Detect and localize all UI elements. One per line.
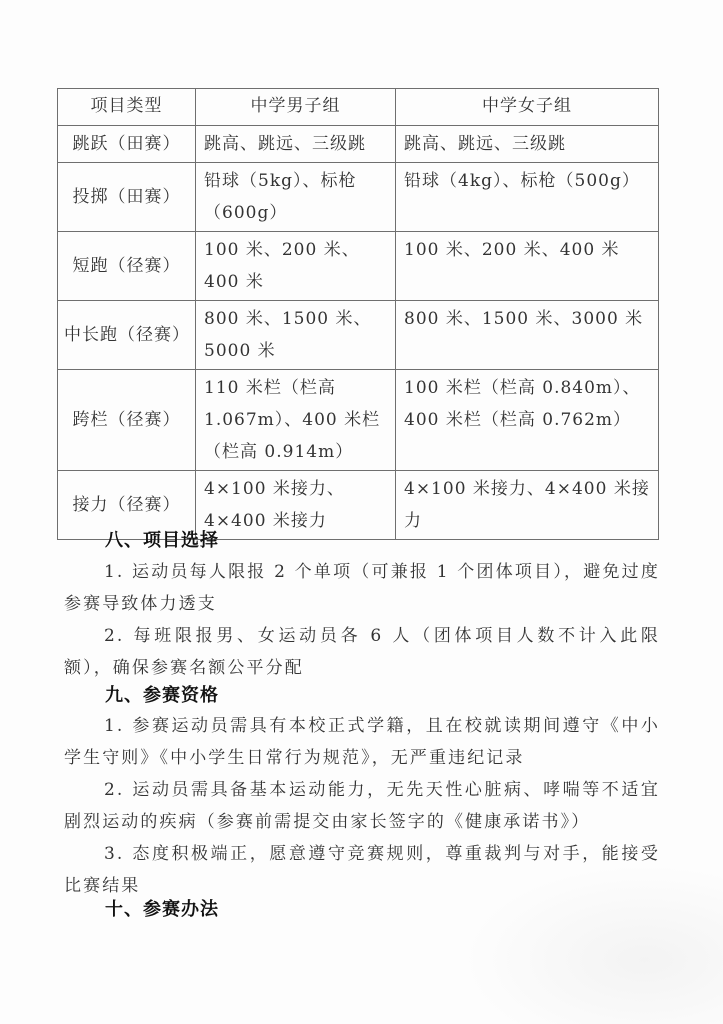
boys-events-cell: 4×100 米接力、4×400 米接力 — [196, 471, 396, 540]
boys-events-cell: 铅球（5kg）、标枪（600g） — [196, 163, 396, 232]
header-boys-group: 中学男子组 — [196, 89, 396, 126]
girls-events-cell: 4×100 米接力、4×400 米接力 — [396, 471, 659, 540]
boys-events-cell: 100 米、200 米、400 米 — [196, 232, 396, 301]
boys-events-cell: 跳高、跳远、三级跳 — [196, 126, 396, 163]
event-type-cell: 跳跃（田赛） — [58, 126, 196, 163]
eligibility-item-3: 3. 态度积极端正，愿意遵守竞赛规则，尊重裁判与对手，能接受比赛结果 — [64, 838, 660, 902]
header-girls-group: 中学女子组 — [396, 89, 659, 126]
boys-events-cell: 800 米、1500 米、5000 米 — [196, 301, 396, 370]
event-type-cell: 跨栏（径赛） — [58, 370, 196, 471]
table-header-row: 项目类型 中学男子组 中学女子组 — [58, 89, 659, 126]
event-type-cell: 投掷（田赛） — [58, 163, 196, 232]
event-selection-item-2: 2. 每班限报男、女运动员各 6 人（团体项目人数不计入此限额），确保参赛名额公… — [64, 620, 660, 684]
boys-events-cell: 110 米栏（栏高 1.067m）、400 米栏（栏高 0.914m） — [196, 370, 396, 471]
girls-events-cell: 跳高、跳远、三级跳 — [396, 126, 659, 163]
events-table: 项目类型 中学男子组 中学女子组 跳跃（田赛） 跳高、跳远、三级跳 跳高、跳远、… — [57, 88, 659, 540]
event-selection-item-1: 1. 运动员每人限报 2 个单项（可兼报 1 个团体项目），避免过度参赛导致体力… — [64, 556, 660, 620]
girls-events-cell: 100 米、200 米、400 米 — [396, 232, 659, 301]
event-type-cell: 短跑（径赛） — [58, 232, 196, 301]
girls-events-cell: 铅球（4kg）、标枪（500g） — [396, 163, 659, 232]
table-row: 短跑（径赛） 100 米、200 米、400 米 100 米、200 米、400… — [58, 232, 659, 301]
girls-events-cell: 800 米、1500 米、3000 米 — [396, 301, 659, 370]
section-heading-eligibility: 九、参赛资格 — [105, 681, 219, 707]
section-heading-participation-method: 十、参赛办法 — [105, 895, 219, 921]
header-event-type: 项目类型 — [58, 89, 196, 126]
event-type-cell: 中长跑（径赛） — [58, 301, 196, 370]
table-row: 跳跃（田赛） 跳高、跳远、三级跳 跳高、跳远、三级跳 — [58, 126, 659, 163]
eligibility-item-2: 2. 运动员需具备基本运动能力，无先天性心脏病、哮喘等不适宜剧烈运动的疾病（参赛… — [64, 774, 660, 838]
table-row: 中长跑（径赛） 800 米、1500 米、5000 米 800 米、1500 米… — [58, 301, 659, 370]
table-row: 投掷（田赛） 铅球（5kg）、标枪（600g） 铅球（4kg）、标枪（500g） — [58, 163, 659, 232]
section-heading-event-selection: 八、项目选择 — [105, 526, 219, 552]
table-row: 跨栏（径赛） 110 米栏（栏高 1.067m）、400 米栏（栏高 0.914… — [58, 370, 659, 471]
girls-events-cell: 100 米栏（栏高 0.840m）、400 米栏（栏高 0.762m） — [396, 370, 659, 471]
document-page: 项目类型 中学男子组 中学女子组 跳跃（田赛） 跳高、跳远、三级跳 跳高、跳远、… — [0, 0, 723, 1024]
eligibility-item-1: 1. 参赛运动员需具有本校正式学籍，且在校就读期间遵守《中小学生守则》《中小学生… — [64, 710, 660, 774]
